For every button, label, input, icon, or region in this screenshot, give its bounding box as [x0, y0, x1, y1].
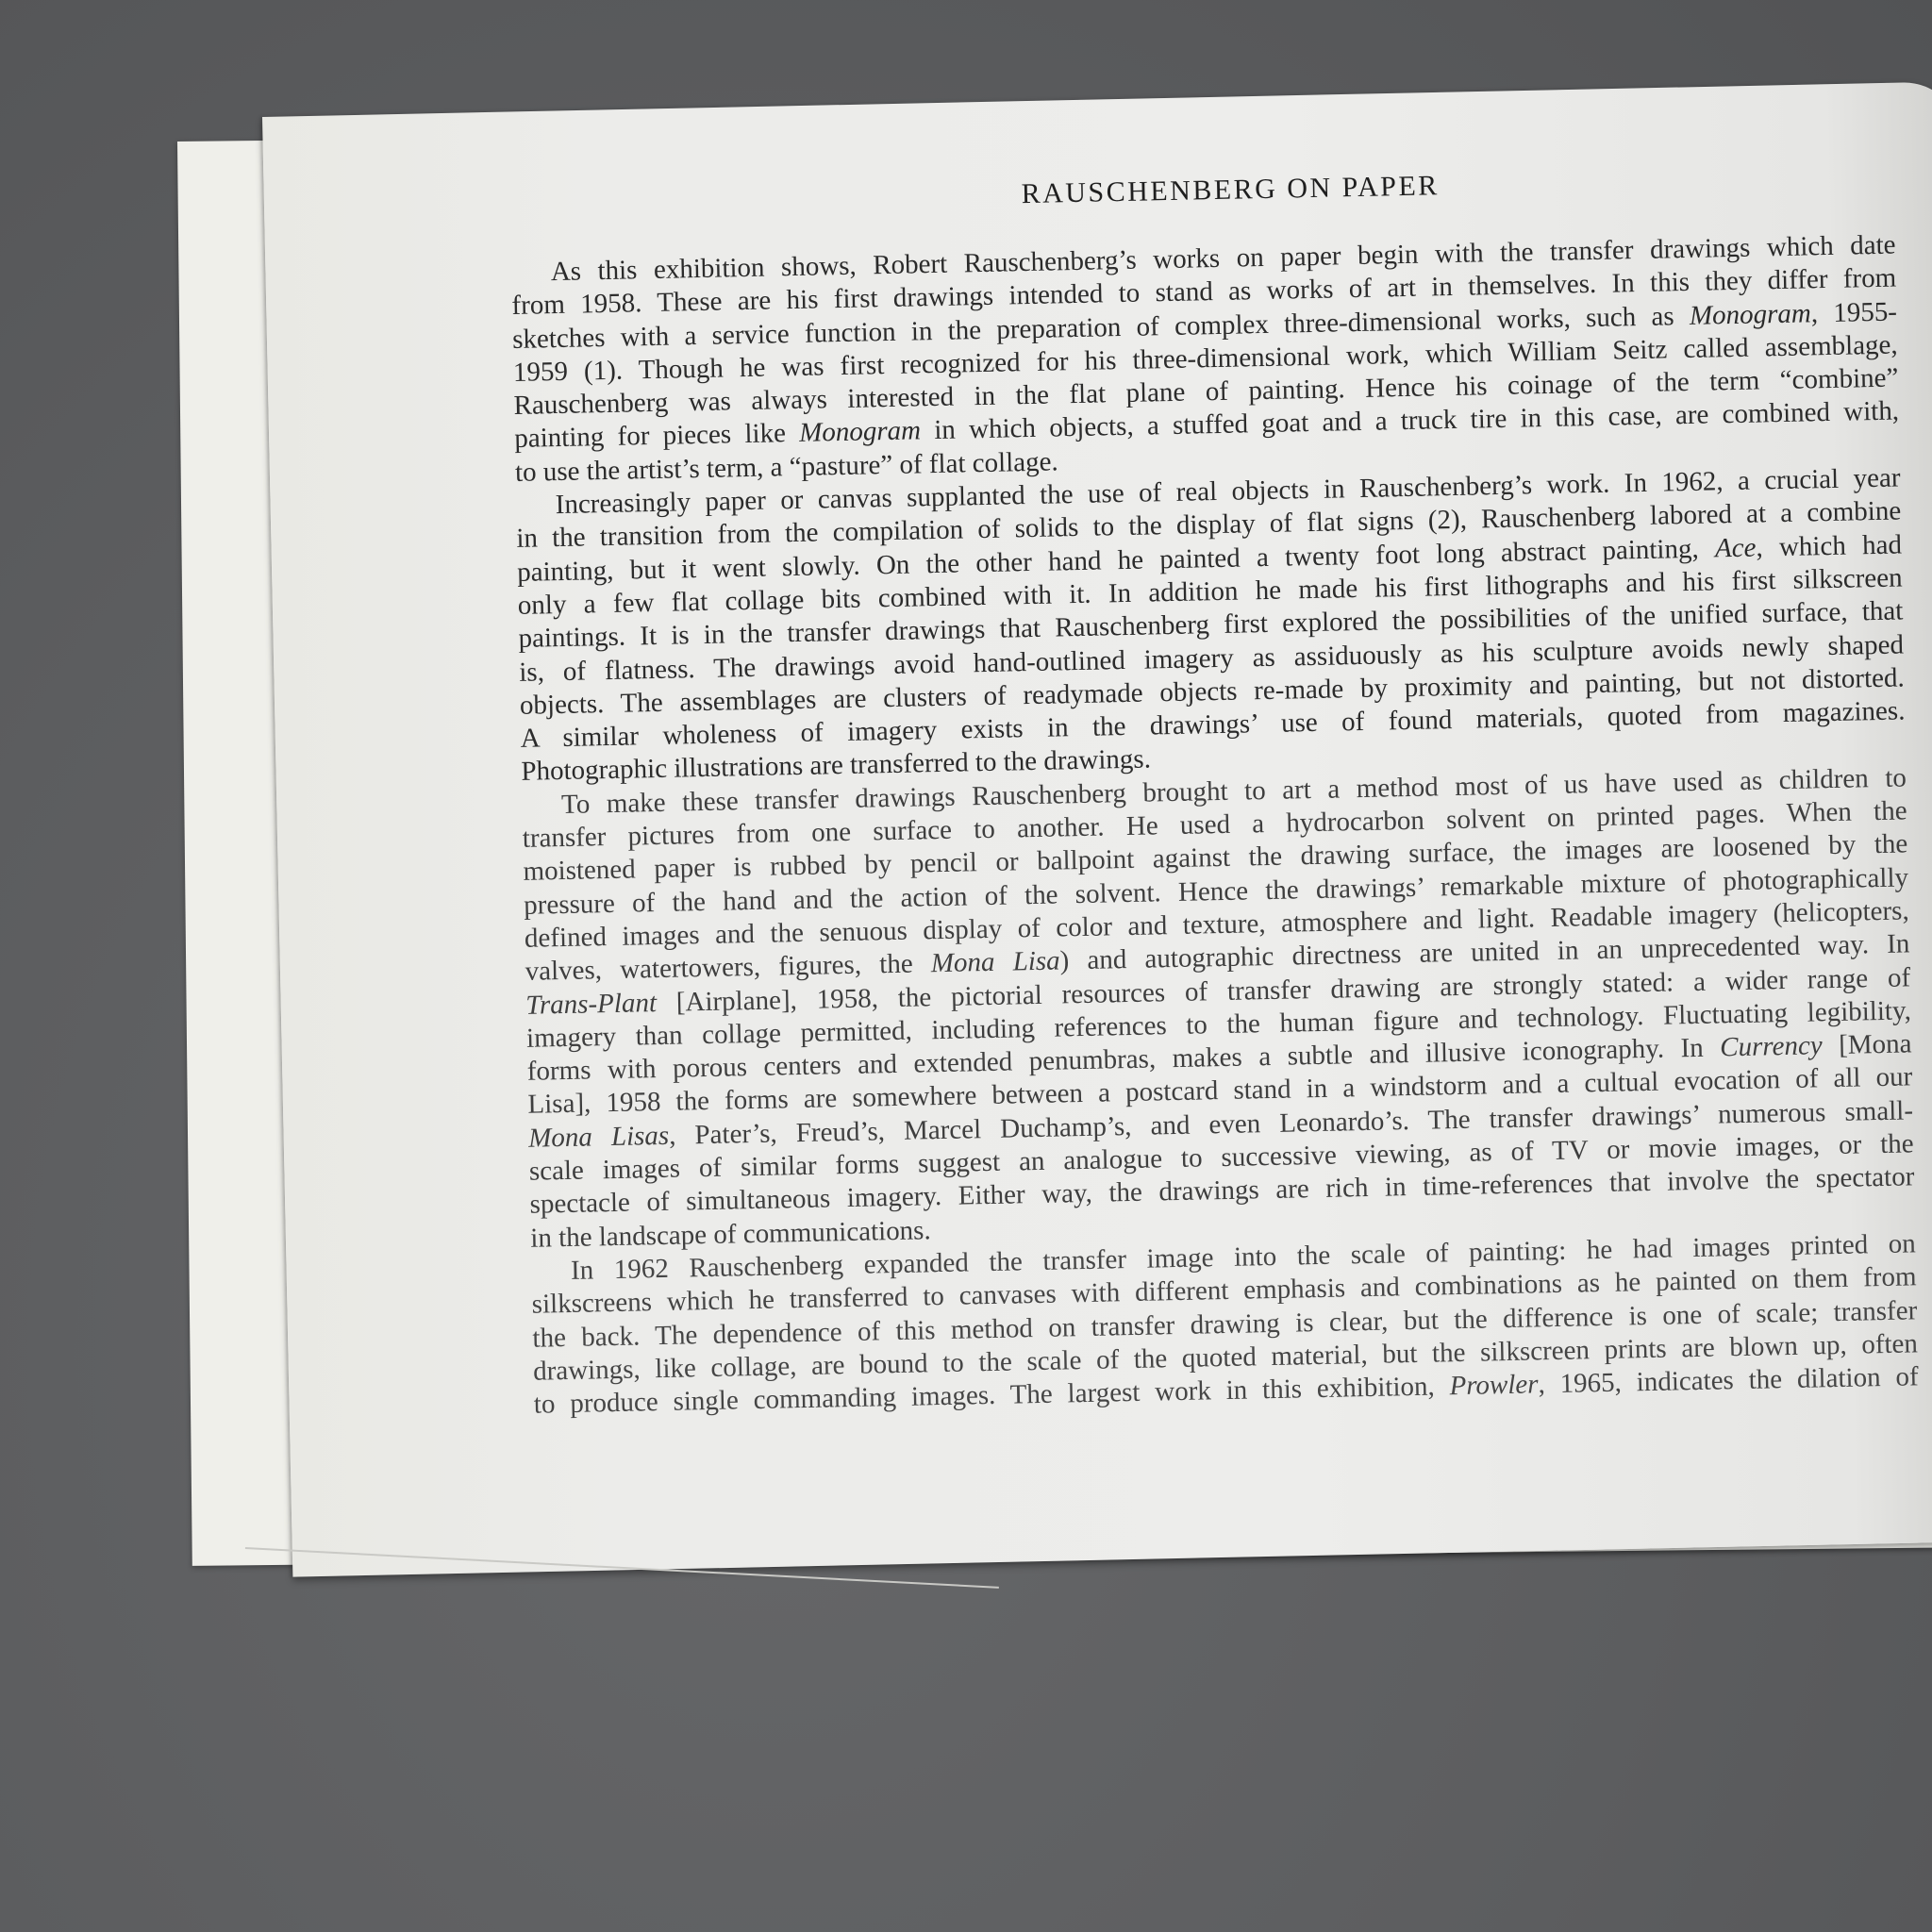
paragraph-2: Increasingly paper or canvas supplanted …: [515, 462, 1906, 790]
italic-title: Prowler: [1449, 1369, 1539, 1401]
page-content: RAUSCHENBERG ON PAPER As this exhibition…: [509, 161, 1919, 1423]
italic-title: Monogram: [1690, 298, 1812, 331]
paragraph-1: As this exhibition shows, Robert Rausche…: [510, 229, 1900, 490]
italic-title: Monogram: [799, 416, 922, 449]
paragraph-3: To make these transfer drawings Rauschen…: [522, 761, 1916, 1256]
italic-title: Trans-Plant: [525, 988, 657, 1021]
paragraph-4: In 1962 Rauschenberg expanded the transf…: [531, 1227, 1919, 1422]
italic-title: Currency: [1720, 1030, 1823, 1062]
italic-title: Ace: [1715, 532, 1757, 563]
italic-title: Mona Lisa: [931, 946, 1060, 979]
italic-title: Mona Lisas: [528, 1121, 670, 1154]
